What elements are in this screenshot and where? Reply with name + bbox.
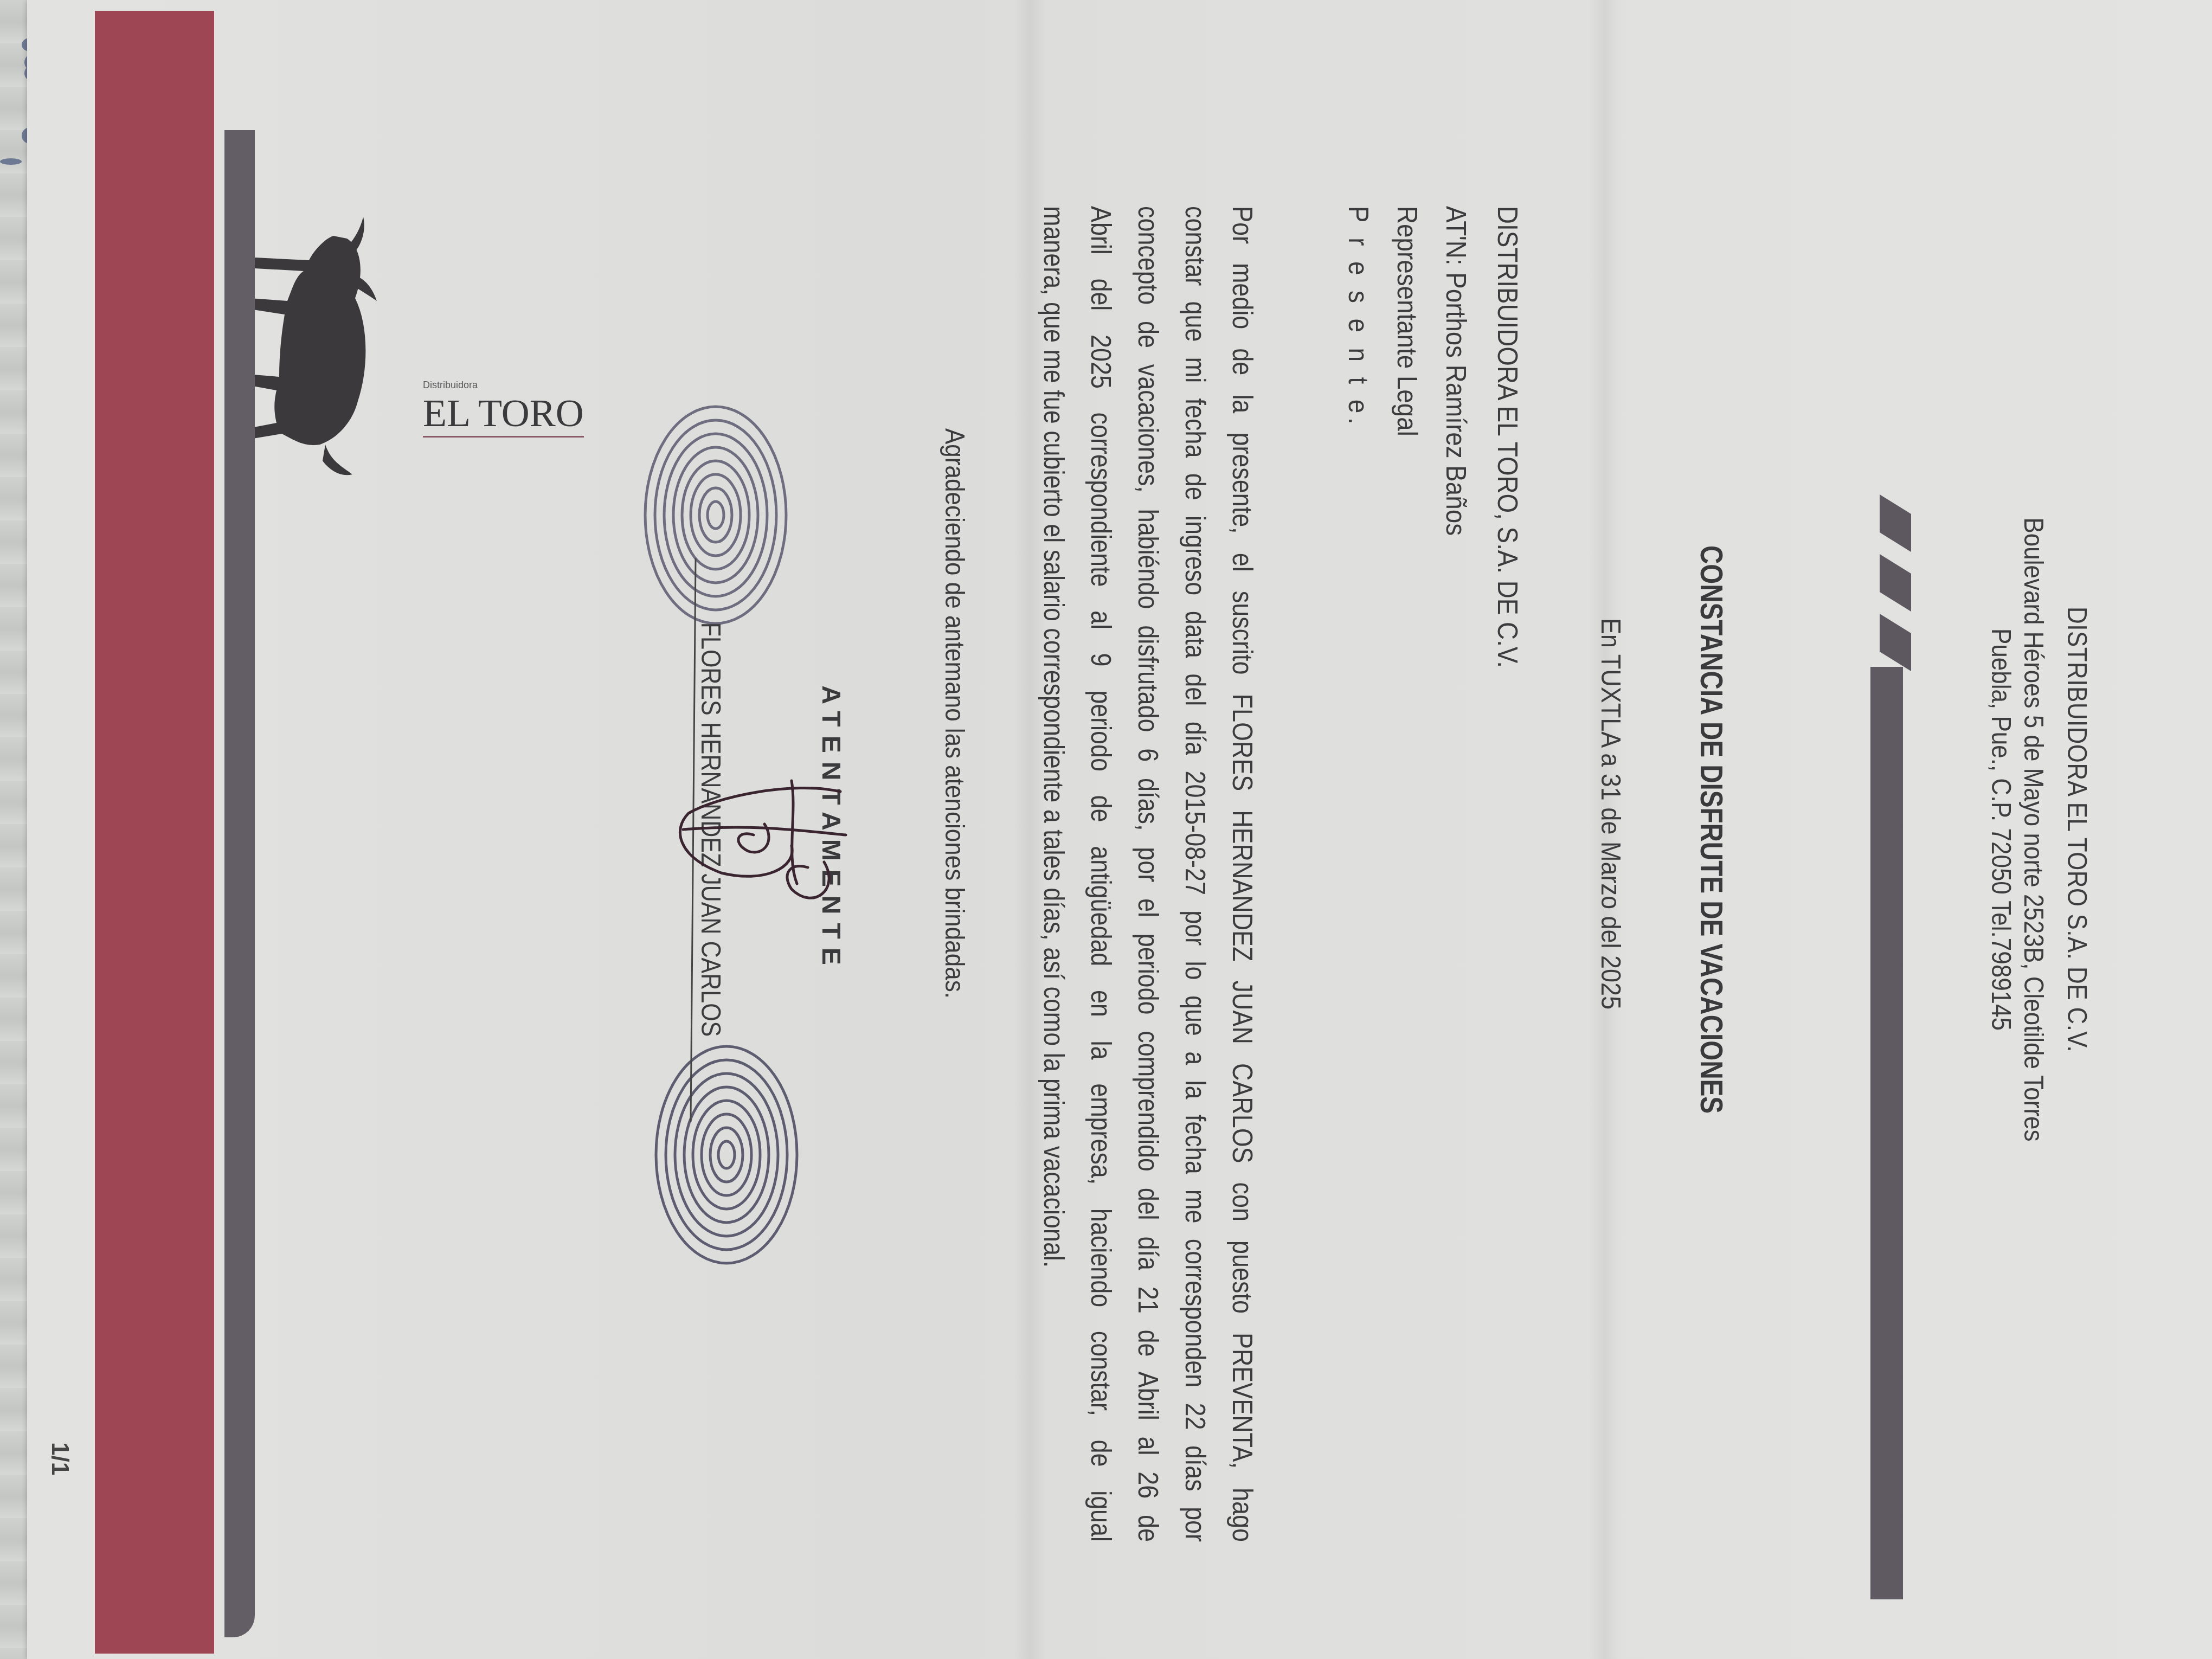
closing-text: Agradeciendo de antemano las atenciones … [939,428,970,999]
footer-red-bar [95,11,214,1654]
header-chevron [1880,614,1911,671]
place-date: En TUXTLA a 31 de Marzo del 2025 [1595,618,1626,1009]
logo-tagline: Distribuidora [423,380,584,391]
recipient-company: DISTRIBUIDORA EL TORO, S.A. DE C.V. [1491,206,1523,668]
recipient-role: Representante Legal [1391,206,1423,436]
logo-wordmark: Distribuidora EL TORO [423,380,584,438]
letter-page: DISTRIBUIDORA EL TORO S.A. DE C.V. Boule… [27,0,2212,1659]
letterhead-company: DISTRIBUIDORA EL TORO S.A. DE C.V. [2061,100,2093,1560]
bull-icon [233,206,385,488]
salutation: P r e s e n t e. [1342,206,1374,429]
body-paragraph: Por medio de la presente, el suscrito FL… [1030,206,1266,1389]
page-number: 1/1 [46,1442,73,1475]
header-chevron [1880,554,1911,612]
body-line: Por medio de la presente, el suscrito FL… [1219,206,1266,1542]
fingerprint-right [629,1030,824,1279]
header-chevron [1880,494,1911,552]
header-bar [1870,667,1903,1599]
body-line: Abril del 2025 correspondiente al 9 peri… [1077,206,1124,1542]
letterhead-city: Puebla, Pue., C.P. 72050 Tel.7989145 [1985,100,2017,1560]
document-title: CONSTANCIA DE DISFRUTE DE VACACIONES [1693,149,1729,1509]
logo-name: EL TORO [423,391,584,438]
handwritten-signature [672,748,857,911]
recipient-attn: AT'N: Porthos Ramírez Baños [1439,206,1472,536]
body-line: concepto de vacaciones, habiéndo disfrut… [1124,206,1172,1542]
body-line: constar que mi fecha de ingreso data del… [1172,206,1219,1542]
body-line: manera, que me fue cubierto el salario c… [1030,206,1077,1542]
letterhead-address: Boulevard Héroes 5 de Mayo norte 2523B, … [2018,100,2049,1560]
footer-gray-bar [224,130,255,1637]
